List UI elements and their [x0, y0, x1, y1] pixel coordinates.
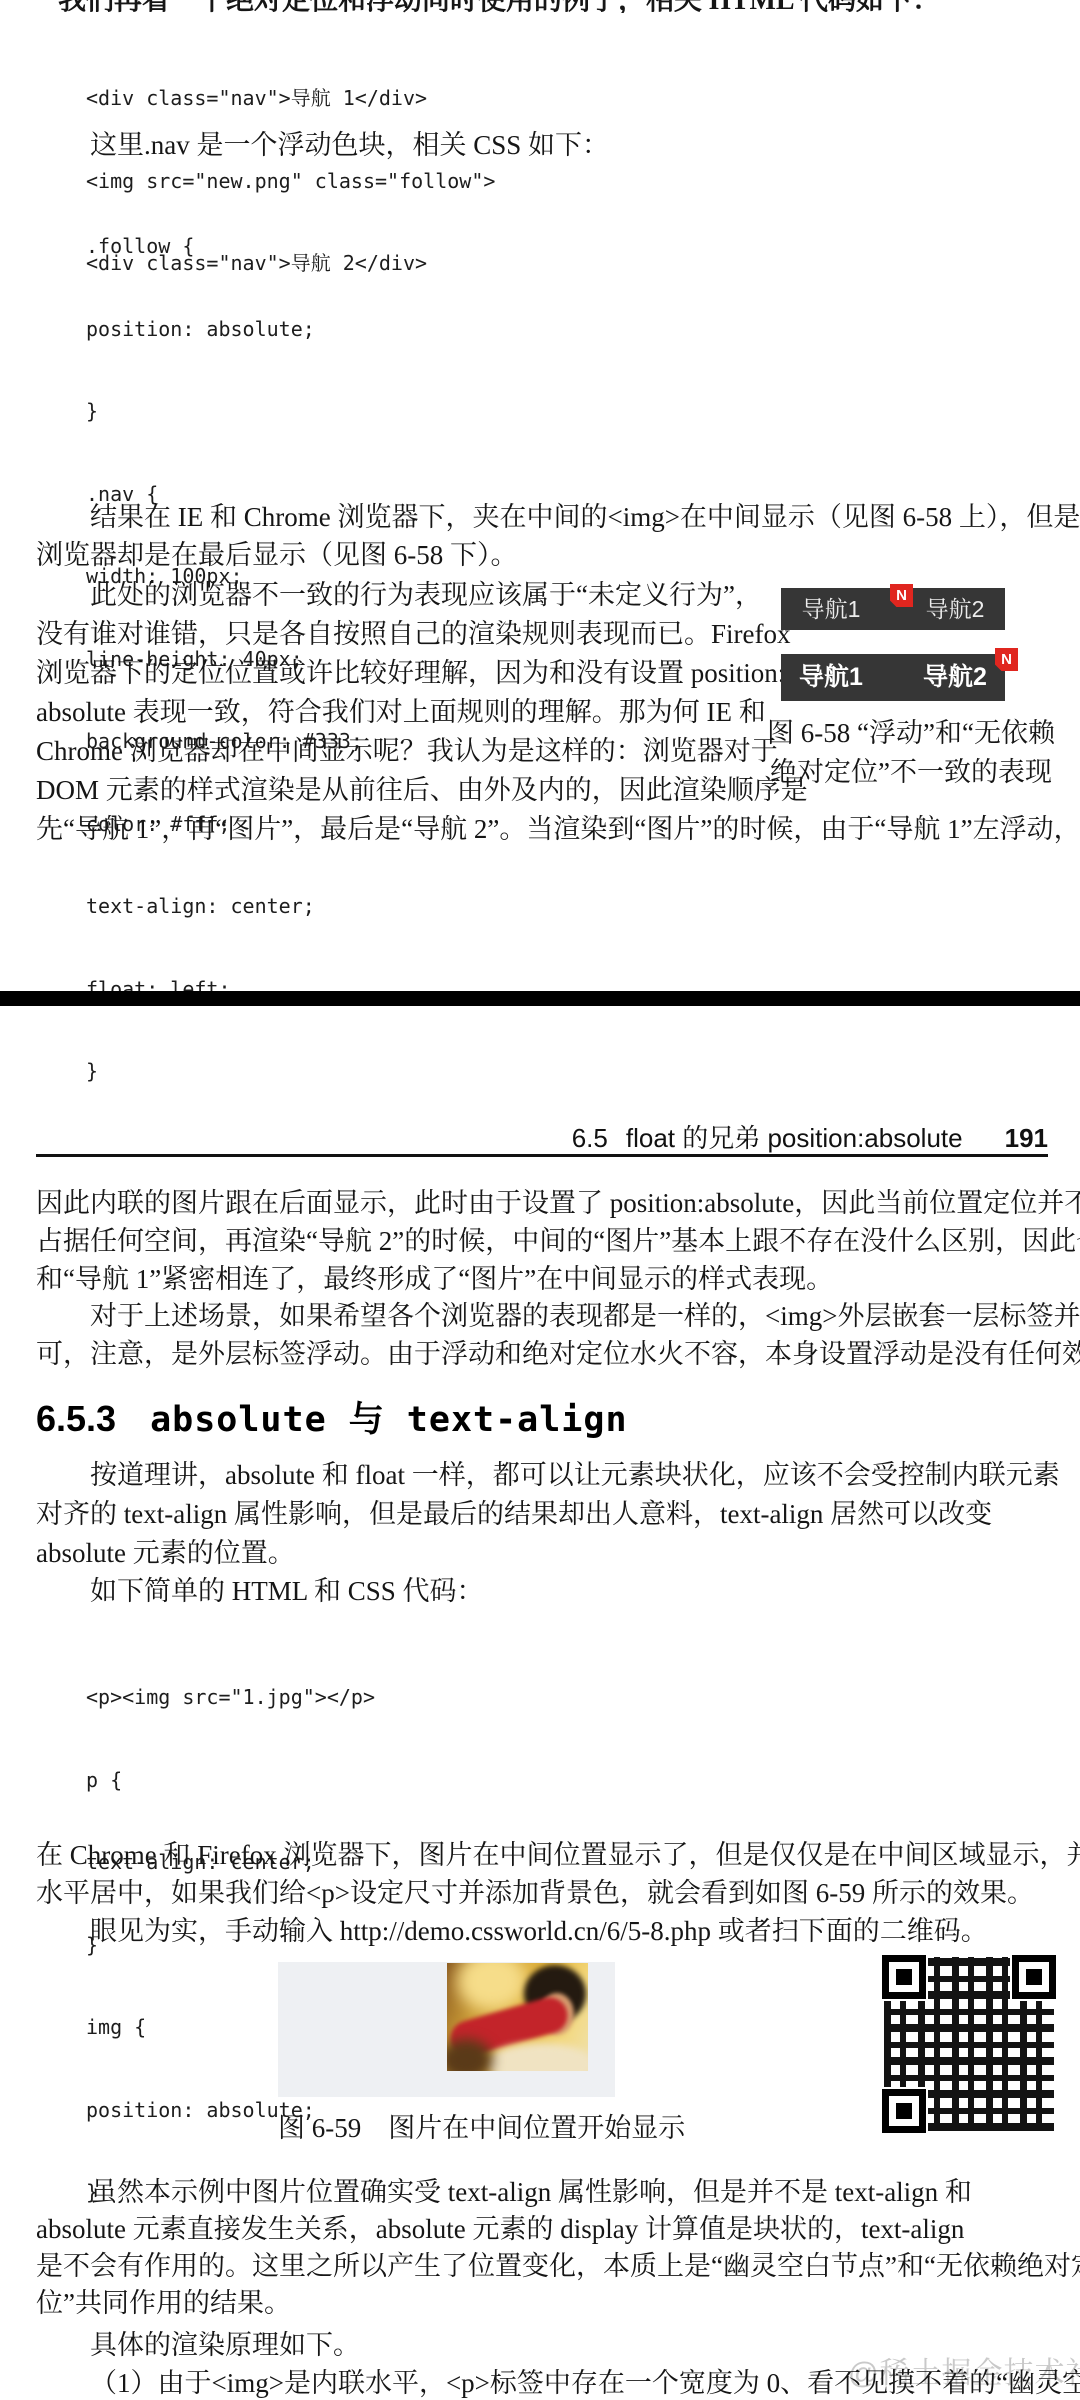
nav1-label: 导航1 — [781, 588, 881, 630]
qr-code — [880, 1953, 1058, 2135]
code-line: } — [86, 1058, 363, 1086]
section-number: 6.5 — [572, 1123, 608, 1154]
qr-finder-bottom-left — [880, 2087, 928, 2135]
code-line: <p><img src="1.jpg"></p> — [86, 1684, 375, 1712]
figure-6-59-caption: 图 6-59 图片在中间位置开始显示 — [278, 2106, 615, 2145]
clipped-text: 我们再看一个绝对定位和浮动同时使用的例子，相关 HTML 代码如下： — [58, 0, 1048, 13]
code-line: .follow { — [86, 233, 363, 261]
code-line: position: absolute; — [86, 316, 363, 344]
figure-6-58-caption: 图 6-58 “浮动”和“无依赖 绝对定位”不一致的表现 — [765, 714, 1057, 792]
paragraph-3: 按道理讲，absolute 和 float 一样，都可以让元素块状化，应该不会受… — [36, 1456, 1050, 1573]
code-line: } — [86, 398, 363, 426]
paragraph-5: 在 Chrome 和 Firefox 浏览器下，图片在中间位置显示了，但是仅仅是… — [36, 1836, 1050, 1950]
code-line: <div class="nav">导航 1</div> — [86, 85, 495, 113]
header-rule — [36, 1154, 1048, 1157]
paragraph-8: （1）由于<img>是内联水平，<p>标签中存在一个宽度为 0、看不见摸不着的“… — [36, 2364, 1050, 2400]
qr-finder-top-left — [880, 1953, 928, 2001]
qr-finder-top-right — [1010, 1953, 1058, 2001]
nav1-label: 导航1 — [781, 654, 881, 701]
new-badge-icon: N — [890, 584, 913, 607]
paragraph-7: 具体的渲染原理如下。 — [36, 2326, 1050, 2364]
new-badge-icon: N — [995, 648, 1018, 671]
paragraph-explain: 此处的浏览器不一致的行为表现应该属于“未定义行为”， 没有谁对谁错，只是各自按照… — [36, 576, 758, 810]
page-number: 191 — [1005, 1123, 1048, 1154]
heading-number: 6.5.3 — [36, 1398, 116, 1440]
nav2-label: 导航2 — [905, 654, 1005, 701]
heading-title: absolute 与 text-align — [150, 1392, 627, 1442]
clipped-top-line: 我们再看一个绝对定位和浮动同时使用的例子，相关 HTML 代码如下： — [58, 0, 1048, 13]
nav-bar-bottom: 导航1 导航2 N — [781, 654, 1005, 701]
code-line: text-align: center; — [86, 893, 363, 921]
book-page: 我们再看一个绝对定位和浮动同时使用的例子，相关 HTML 代码如下： <div … — [0, 0, 1080, 2400]
paragraph-1: 因此内联的图片跟在后面显示，此时由于设置了 position:absolute，… — [36, 1184, 1050, 1298]
page-header: 6.5 float 的兄弟 position:absolute 191 — [36, 1118, 1048, 1155]
figure-6-59-demo-box — [278, 1962, 615, 2097]
paragraph-4: 如下简单的 HTML 和 CSS 代码： — [36, 1572, 1050, 1610]
page-separator — [0, 991, 1080, 1006]
nav-bar-top: 导航1 导航2 N — [781, 588, 1005, 630]
code-line: p { — [86, 1767, 375, 1795]
paragraph-2: 对于上述场景，如果希望各个浏览器的表现都是一样的，<img>外层嵌套一层标签并浮… — [36, 1297, 1050, 1373]
paragraph-6: 虽然本示例中图片位置确实受 text-align 属性影响，但是并不是 text… — [36, 2174, 1050, 2322]
demo-photo — [447, 1963, 588, 2071]
photo-highlight — [457, 1963, 527, 2011]
paragraph-intro: 这里.nav 是一个浮动色块，相关 CSS 如下： — [36, 126, 1048, 164]
paragraph-continuation: 先“导航 1”，再“图片”，最后是“导航 2”。当渲染到“图片”的时候，由于“导… — [36, 810, 1048, 848]
heading-6-5-3: 6.5.3 absolute 与 text-align — [36, 1392, 628, 1442]
paragraph-result: 结果在 IE 和 Chrome 浏览器下，夹在中间的<img>在中间显示（见图 … — [36, 498, 1048, 574]
section-title: float 的兄弟 position:absolute — [626, 1118, 963, 1155]
nav2-label: 导航2 — [905, 588, 1005, 630]
